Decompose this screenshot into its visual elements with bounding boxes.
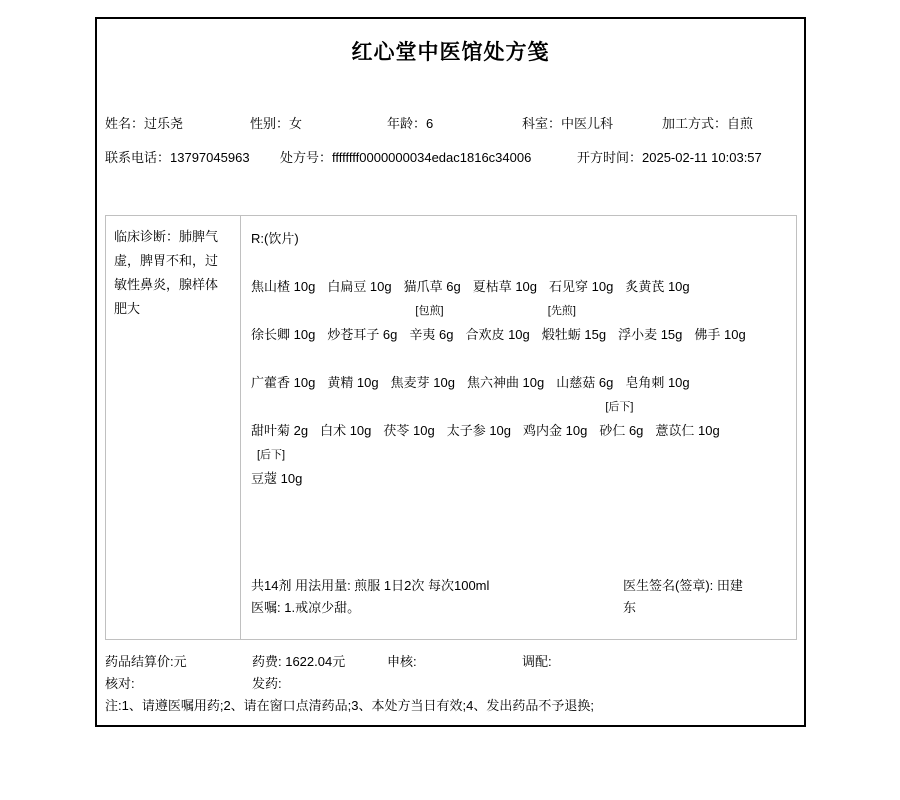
- herb-decoction-note: [694, 299, 745, 323]
- field-phone-label: 联系电话：: [105, 150, 170, 165]
- herb-decoction-note: [后下]: [599, 395, 643, 419]
- medicine-fee-field: 药费: 1622.04元: [252, 651, 387, 673]
- field-rx-number: 处方号：ffffffff0000000034edac1816c34006: [280, 150, 577, 166]
- herb-decoction-note: [465, 299, 529, 323]
- herb-item: 白术 10g: [320, 395, 371, 443]
- herb-decoction-note: [251, 395, 308, 419]
- footer: 药品结算价:元 药费: 1622.04元 申核: 调配: 核对: 发药: 注:1…: [105, 651, 796, 717]
- field-processing-method-value: 自煎: [727, 116, 753, 131]
- herb-item: 茯苓 10g: [383, 395, 434, 443]
- herb-name-dose: 白扁豆 10g: [327, 275, 391, 299]
- herb-decoction-note: [618, 299, 682, 323]
- herb-item: 佛手 10g: [694, 299, 745, 347]
- field-patient-name-value: 过乐尧: [144, 116, 183, 131]
- herb-decoction-note: [625, 251, 689, 275]
- herb-name-dose: 皂角刺 10g: [625, 371, 689, 395]
- prescription-table: 临床诊断：肺脾气虚，脾胃不和，过敏性鼻炎，腺样体肥大 R:(饮片) 焦山楂 10…: [105, 215, 797, 640]
- herb-name-dose: 山慈菇 6g: [556, 371, 613, 395]
- herb-item: 焦六神曲 10g: [467, 347, 544, 395]
- herb-decoction-note: [523, 395, 587, 419]
- herb-decoction-note: [320, 395, 371, 419]
- herb-item: 浮小麦 15g: [618, 299, 682, 347]
- field-phone: 联系电话：13797045963: [105, 150, 280, 166]
- herb-name-dose: 炒苍耳子 6g: [327, 323, 397, 347]
- herb-item: 石见穿 10g: [549, 251, 613, 299]
- herb-item: 焦山楂 10g: [251, 251, 315, 299]
- field-gender-value: 女: [289, 116, 302, 131]
- herb-decoction-note: [251, 347, 315, 371]
- field-age: 年龄：6: [387, 116, 522, 132]
- rx-cell: R:(饮片) 焦山楂 10g白扁豆 10g猫爪草 6g夏枯草 10g石见穿 10…: [241, 216, 796, 639]
- herb-item: 焦麦芽 10g: [391, 347, 455, 395]
- herb-name-dose: 豆蔻 10g: [251, 467, 302, 491]
- herb-line: 甜叶菊 2g白术 10g茯苓 10g太子参 10g鸡内金 10g[后下]砂仁 6…: [251, 395, 792, 443]
- check-field: 核对:: [105, 673, 252, 695]
- field-age-value: 6: [426, 116, 433, 131]
- field-patient-name: 姓名：过乐尧: [105, 116, 250, 132]
- herb-item: 山慈菇 6g: [556, 347, 613, 395]
- herb-item: 白扁豆 10g: [327, 251, 391, 299]
- herb-name-dose: 炙黄芪 10g: [625, 275, 689, 299]
- herb-item: 炙黄芪 10g: [625, 251, 689, 299]
- herb-name-dose: 合欢皮 10g: [465, 323, 529, 347]
- patient-info-row-2: 联系电话：13797045963 处方号：ffffffff0000000034e…: [105, 150, 796, 166]
- herb-name-dose: 黄精 10g: [327, 371, 378, 395]
- herb-decoction-note: [后下]: [251, 443, 302, 467]
- diagnosis-cell: 临床诊断：肺脾气虚，脾胃不和，过敏性鼻炎，腺样体肥大: [106, 216, 241, 639]
- rx-header: R:(饮片): [251, 227, 299, 251]
- herb-decoction-note: [655, 395, 719, 419]
- herb-name-dose: 石见穿 10g: [549, 275, 613, 299]
- herb-name-dose: 太子参 10g: [447, 419, 511, 443]
- herb-item: [后下]砂仁 6g: [599, 395, 643, 443]
- herb-decoction-note: [391, 347, 455, 371]
- herb-item: 太子参 10g: [447, 395, 511, 443]
- diagnosis-label: 临床诊断：: [114, 229, 179, 244]
- herb-decoction-note: [404, 251, 461, 275]
- herb-decoction-note: [467, 347, 544, 371]
- field-processing-method: 加工方式：自煎: [662, 116, 796, 132]
- herb-decoction-note: [327, 347, 378, 371]
- field-rx-number-value: ffffffff0000000034edac1816c34006: [332, 150, 531, 165]
- herb-item: 广藿香 10g: [251, 347, 315, 395]
- field-department-label: 科室：: [522, 116, 561, 131]
- herb-decoction-note: [549, 251, 613, 275]
- herb-decoction-note: [251, 299, 315, 323]
- usage-line: 共14剂 用法用量: 煎服 1日2次 每次100ml: [251, 575, 489, 597]
- herb-item: 甜叶菊 2g: [251, 395, 308, 443]
- herb-item: 合欢皮 10g: [465, 299, 529, 347]
- field-rx-number-label: 处方号：: [280, 150, 332, 165]
- herb-line: 广藿香 10g黄精 10g焦麦芽 10g焦六神曲 10g山慈菇 6g皂角刺 10…: [251, 347, 792, 395]
- usage-block: 共14剂 用法用量: 煎服 1日2次 每次100ml 医嘱: 1.戒凉少甜。: [251, 575, 489, 619]
- herb-name-dose: 甜叶菊 2g: [251, 419, 308, 443]
- field-department: 科室：中医儿科: [522, 116, 662, 132]
- review-field: 申核:: [387, 651, 522, 673]
- herb-decoction-note: [327, 251, 391, 275]
- field-gender-label: 性别：: [250, 116, 289, 131]
- herb-item: 夏枯草 10g: [473, 251, 537, 299]
- herb-name-dose: 辛夷 6g: [409, 323, 453, 347]
- footer-row-1: 药品结算价:元 药费: 1622.04元 申核: 调配:: [105, 651, 796, 673]
- herb-item: 薏苡仁 10g: [655, 395, 719, 443]
- field-age-label: 年龄：: [387, 116, 426, 131]
- field-rx-datetime-label: 开方时间：: [577, 150, 642, 165]
- herb-decoction-note: [包煎]: [409, 299, 453, 323]
- herb-item: [先煎]煅牡蛎 15g: [542, 299, 606, 347]
- dispense-field: 发药:: [252, 673, 796, 695]
- herb-name-dose: 佛手 10g: [694, 323, 745, 347]
- field-patient-name-label: 姓名：: [105, 116, 144, 131]
- patient-info-row-1: 姓名：过乐尧 性别：女 年龄：6 科室：中医儿科 加工方式：自煎: [105, 116, 796, 132]
- field-gender: 性别：女: [250, 116, 387, 132]
- dispensing-prep-field: 调配:: [522, 651, 796, 673]
- herb-line: 焦山楂 10g白扁豆 10g猫爪草 6g夏枯草 10g石见穿 10g炙黄芪 10…: [251, 251, 792, 299]
- herb-item: 鸡内金 10g: [523, 395, 587, 443]
- footer-row-2: 核对: 发药:: [105, 673, 796, 695]
- herb-item: 黄精 10g: [327, 347, 378, 395]
- herb-name-dose: 薏苡仁 10g: [655, 419, 719, 443]
- doctor-signature: 医生签名(签章): 田建东: [623, 575, 755, 619]
- herb-name-dose: 茯苓 10g: [383, 419, 434, 443]
- herb-line: [后下]豆蔻 10g: [251, 443, 792, 491]
- field-rx-datetime: 开方时间：2025-02-11 10:03:57: [577, 150, 796, 166]
- herb-item: [后下]豆蔻 10g: [251, 443, 302, 491]
- herb-name-dose: 砂仁 6g: [599, 419, 643, 443]
- herb-name-dose: 浮小麦 15g: [618, 323, 682, 347]
- herb-name-dose: 煅牡蛎 15g: [542, 323, 606, 347]
- herb-decoction-note: [556, 347, 613, 371]
- field-rx-datetime-value: 2025-02-11 10:03:57: [642, 150, 762, 165]
- herb-name-dose: 广藿香 10g: [251, 371, 315, 395]
- herb-name-dose: 白术 10g: [320, 419, 371, 443]
- page-title: 红心堂中医馆处方笺: [97, 36, 804, 66]
- herb-decoction-note: [327, 299, 397, 323]
- herb-name-dose: 焦山楂 10g: [251, 275, 315, 299]
- herb-line: 徐长卿 10g炒苍耳子 6g[包煎]辛夷 6g合欢皮 10g[先煎]煅牡蛎 15…: [251, 299, 792, 347]
- herb-item: 炒苍耳子 6g: [327, 299, 397, 347]
- herb-name-dose: 徐长卿 10g: [251, 323, 315, 347]
- footer-note: 注:1、请遵医嘱用药;2、请在窗口点清药品;3、本处方当日有效;4、发出药品不予…: [105, 695, 796, 717]
- herb-name-dose: 夏枯草 10g: [473, 275, 537, 299]
- herb-decoction-note: [先煎]: [542, 299, 606, 323]
- herb-name-dose: 焦麦芽 10g: [391, 371, 455, 395]
- field-phone-value: 13797045963: [170, 150, 250, 165]
- herb-lines: 焦山楂 10g白扁豆 10g猫爪草 6g夏枯草 10g石见穿 10g炙黄芪 10…: [251, 251, 792, 491]
- herb-name-dose: 鸡内金 10g: [523, 419, 587, 443]
- advice-line: 医嘱: 1.戒凉少甜。: [251, 597, 489, 619]
- herb-decoction-note: [383, 395, 434, 419]
- herb-decoction-note: [625, 347, 689, 371]
- field-processing-method-label: 加工方式：: [662, 116, 727, 131]
- herb-decoction-note: [447, 395, 511, 419]
- herb-item: 猫爪草 6g: [404, 251, 461, 299]
- herb-item: 皂角刺 10g: [625, 347, 689, 395]
- herb-name-dose: 猫爪草 6g: [404, 275, 461, 299]
- herb-decoction-note: [251, 251, 315, 275]
- prescription-page: 红心堂中医馆处方笺 姓名：过乐尧 性别：女 年龄：6 科室：中医儿科 加工方式：…: [95, 17, 806, 727]
- field-department-value: 中医儿科: [561, 116, 613, 131]
- settlement-price-field: 药品结算价:元: [105, 651, 252, 673]
- herb-name-dose: 焦六神曲 10g: [467, 371, 544, 395]
- herb-item: [包煎]辛夷 6g: [409, 299, 453, 347]
- herb-item: 徐长卿 10g: [251, 299, 315, 347]
- herb-decoction-note: [473, 251, 537, 275]
